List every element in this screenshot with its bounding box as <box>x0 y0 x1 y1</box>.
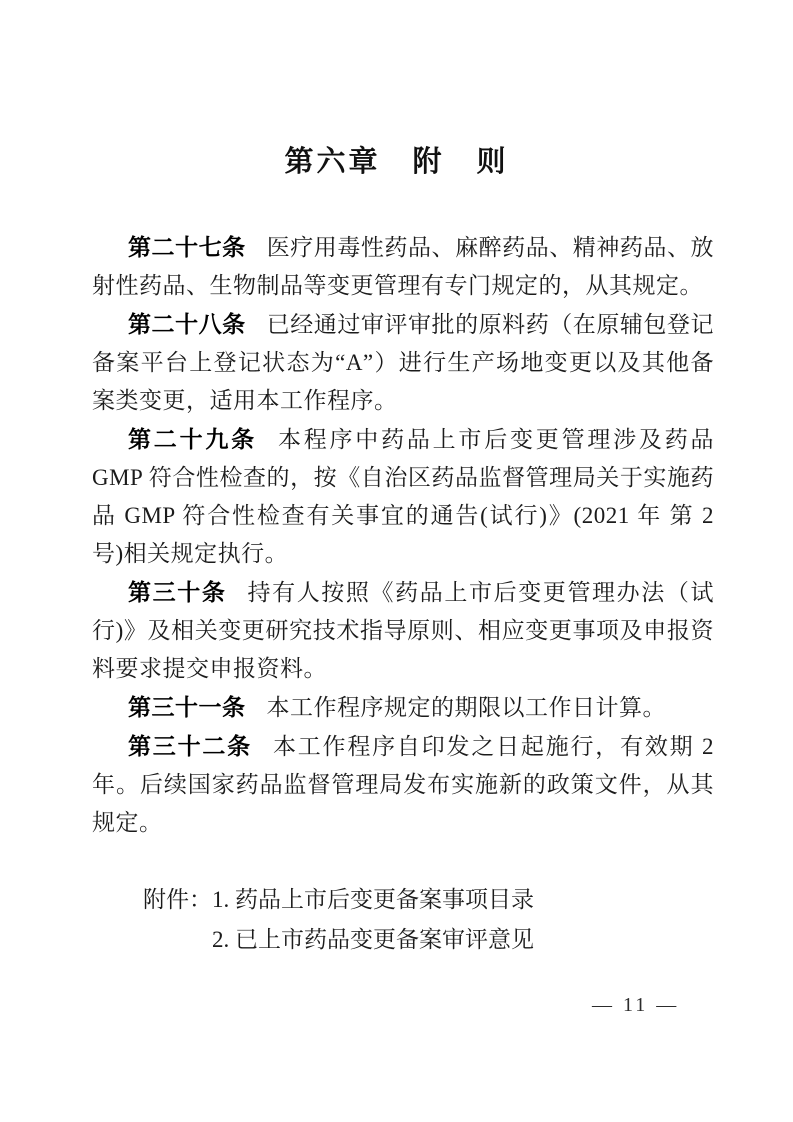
attachment-item: 2. 已上市药品变更备案审评意见 <box>212 920 534 960</box>
article-number: 第三十一条 <box>128 694 246 720</box>
attachments-block: 附件： 1. 药品上市后变更备案事项目录 2. 已上市药品变更备案审评意见 <box>143 880 714 960</box>
article-number: 第二十八条 <box>128 311 246 337</box>
article-number: 第三十二条 <box>128 733 252 759</box>
chapter-title: 第六章 附 则 <box>0 146 793 178</box>
document-body: 第二十七条医疗用毒性药品、麻醉药品、精神药品、放射性药品、生物制品等变更管理有专… <box>92 228 714 960</box>
article-text: 本工作程序规定的期限以工作日计算。 <box>267 695 667 720</box>
article-paragraph: 第三十二条本工作程序自印发之日起施行，有效期 2 年。后续国家药品监督管理局发布… <box>92 727 714 842</box>
attachments-label: 附件： <box>143 880 212 960</box>
article-paragraph: 第二十七条医疗用毒性药品、麻醉药品、精神药品、放射性药品、生物制品等变更管理有专… <box>92 228 714 305</box>
article-paragraph: 第三十一条本工作程序规定的期限以工作日计算。 <box>92 688 714 727</box>
article-number: 第二十七条 <box>128 234 246 260</box>
article-number: 第三十条 <box>128 579 226 605</box>
article-paragraph: 第三十条持有人按照《药品上市后变更管理办法（试行)》及相关变更研究技术指导原则、… <box>92 573 714 688</box>
attachment-item: 1. 药品上市后变更备案事项目录 <box>212 880 534 920</box>
document-page: 第六章 附 则 第二十七条医疗用毒性药品、麻醉药品、精神药品、放射性药品、生物制… <box>0 0 793 1122</box>
page-number: — 11 — <box>592 994 679 1017</box>
article-number: 第二十九条 <box>128 426 257 452</box>
article-paragraph: 第二十九条本程序中药品上市后变更管理涉及药品 GMP 符合性检查的，按《自治区药… <box>92 420 714 573</box>
attachments-list: 1. 药品上市后变更备案事项目录 2. 已上市药品变更备案审评意见 <box>212 880 534 960</box>
article-paragraph: 第二十八条已经通过审评审批的原料药（在原辅包登记备案平台上登记状态为“A”）进行… <box>92 305 714 420</box>
